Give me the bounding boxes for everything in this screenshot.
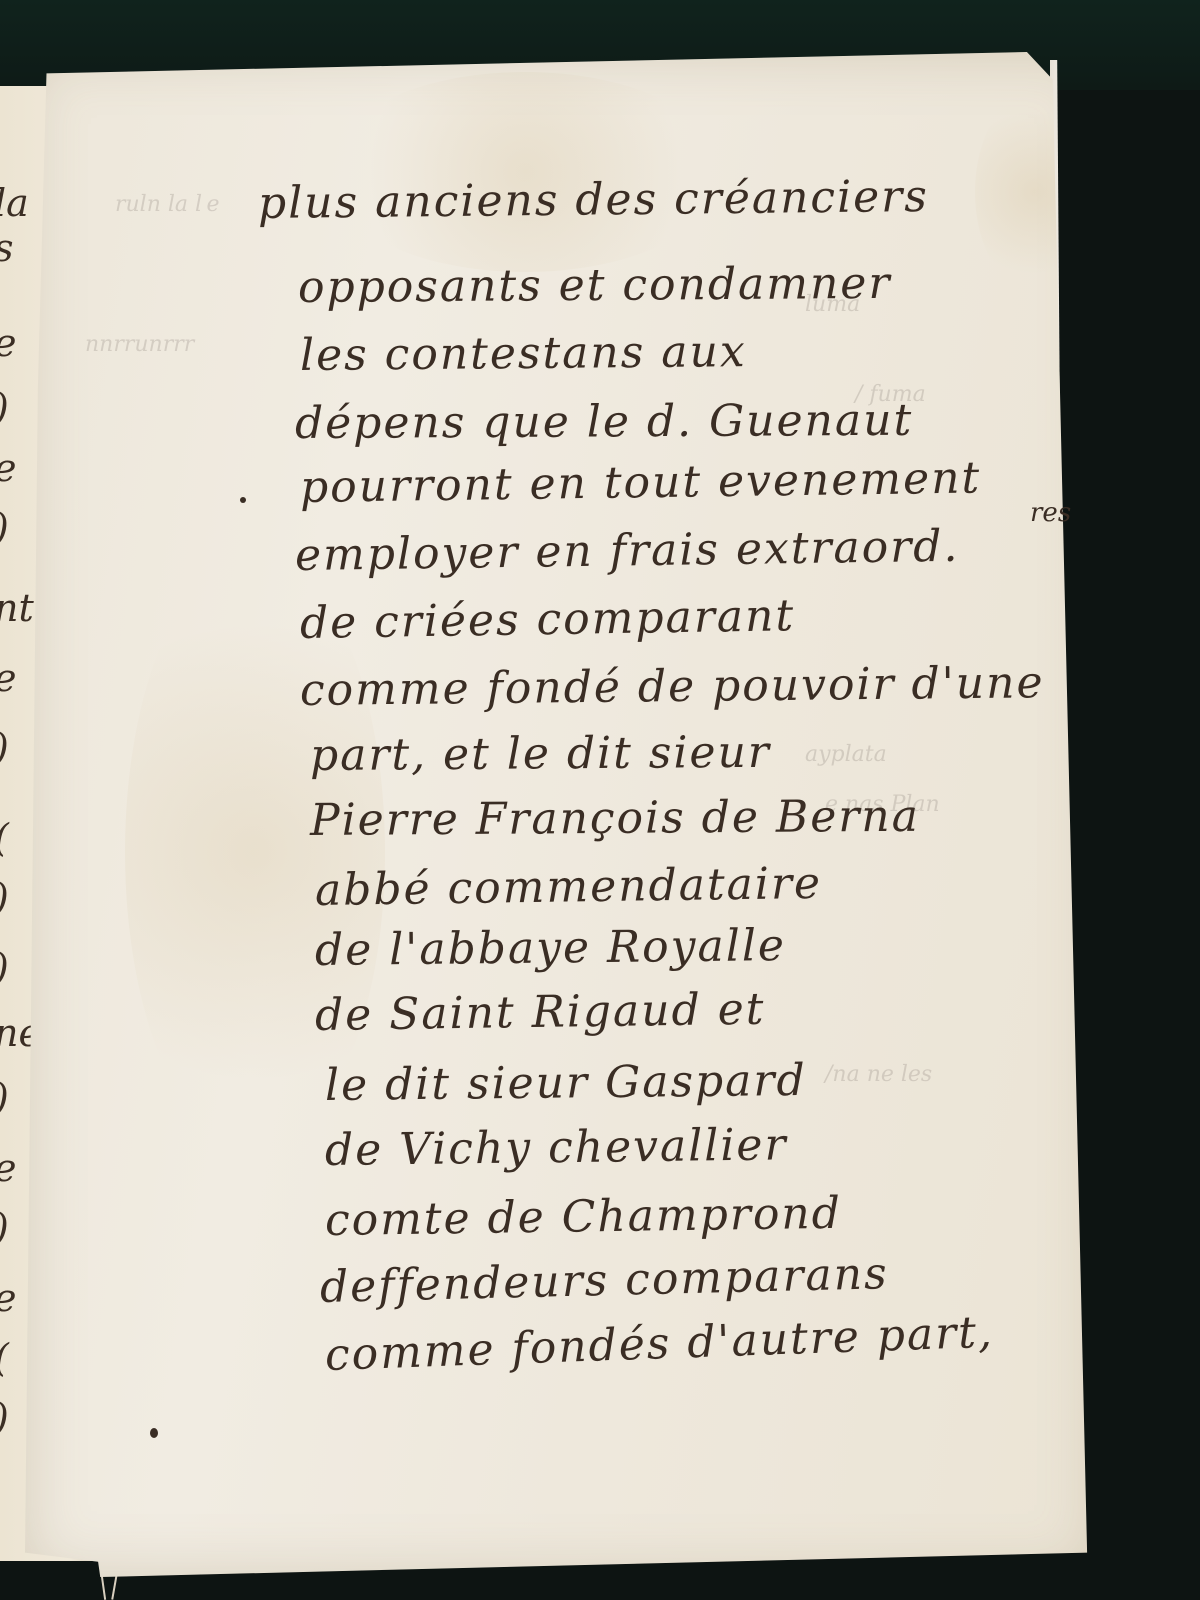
text-line-10: Pierre François de Berna — [310, 791, 920, 846]
text-line-12: de l'abbaye Royalle — [315, 920, 786, 976]
ink-blot — [150, 1428, 158, 1438]
left-page-fragment: e — [0, 1276, 17, 1320]
text-line-11: abbé commendataire — [315, 858, 823, 916]
text-line-14: le dit sieur Gaspard — [325, 1055, 807, 1111]
text-line-15: de Vichy chevallier — [325, 1119, 788, 1176]
interlinear-note: res — [1030, 498, 1071, 528]
paper-stain — [325, 72, 725, 272]
text-line-4: dépens que le d. Guenaut — [295, 395, 913, 449]
bleed-through-text: nnrrunrrr — [85, 332, 194, 357]
left-page-fragment: e — [0, 656, 17, 700]
left-page-fragment: ) — [0, 876, 9, 920]
left-page-fragment: ) — [0, 1076, 9, 1120]
paper-stain — [975, 92, 1095, 292]
ink-blot — [240, 497, 246, 503]
text-line-8: comme fondé de pouvoir d'une — [300, 657, 1045, 716]
left-page-fragment: e — [0, 446, 17, 490]
left-page-fragment: ) — [0, 946, 9, 990]
left-page-fragment: ) — [0, 1206, 9, 1250]
text-line-7: de criées comparant — [300, 590, 796, 649]
text-line-1: plus anciens des créanciers — [258, 171, 929, 229]
left-page-fragment: ( — [0, 1336, 9, 1380]
text-line-13: de Saint Rigaud et — [315, 984, 766, 1041]
text-line-3: les contestans aux — [300, 326, 747, 381]
text-line-16: comte de Champrond — [325, 1188, 843, 1246]
left-page-fragment: ) — [0, 386, 9, 430]
bleed-through-text: /na ne les — [825, 1062, 932, 1087]
text-line-6: employer en frais extraord. — [295, 521, 960, 581]
left-page-fragment: ( — [0, 816, 9, 860]
text-line-9: part, et le dit sieur — [310, 727, 771, 781]
left-page-fragment: s — [0, 226, 14, 270]
text-line-2: opposants et condamner — [298, 258, 892, 313]
bleed-through-text: ayplata — [805, 742, 887, 767]
left-page-fragment: e — [0, 1146, 17, 1190]
left-page-fragment: la — [0, 181, 29, 225]
left-page-fragment: ) — [0, 506, 9, 550]
left-page-fragment: ) — [0, 726, 9, 770]
text-line-5: pourront en tout evenement — [300, 452, 982, 513]
left-page-fragment: nt — [0, 586, 34, 630]
left-page-fragment: e — [0, 321, 17, 365]
left-page-fragment: ) — [0, 1396, 9, 1440]
bleed-through-text: ruln la l e — [115, 192, 219, 217]
